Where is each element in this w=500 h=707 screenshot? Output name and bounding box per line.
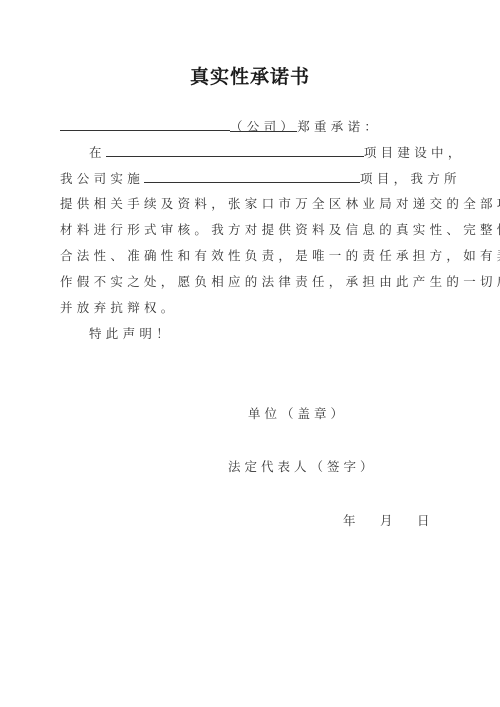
project-construction-label: 项目建设中， <box>364 145 465 160</box>
implement-project-blank <box>144 170 360 183</box>
company-label: （公司） <box>230 119 297 132</box>
in-label: 在 <box>89 145 106 160</box>
body-line: 提供相关手续及资料，张家口市万全区林业局对递交的全部项目 <box>60 196 500 212</box>
legal-rep-sign-label: 法定代表人（签字） <box>228 457 377 475</box>
company-blank <box>60 118 230 131</box>
line-company: （公司）郑重承诺： <box>60 118 381 135</box>
project-name-blank <box>106 144 364 157</box>
date-label: 年 月 日 <box>343 511 436 529</box>
body-line: 并放弃抗辩权。 <box>60 300 178 316</box>
closing-statement: 特此声明！ <box>89 326 173 342</box>
body-line: 合法性、准确性和有效性负责，是唯一的责任承担方，如有弄虚 <box>60 248 500 264</box>
line-project-implement: 我公司实施项目，我方所 <box>60 170 461 187</box>
pledge-text: 郑重承诺： <box>297 119 381 134</box>
unit-seal-label: 单位（盖章） <box>248 404 347 422</box>
line-project-location: 在项目建设中， <box>89 144 465 161</box>
project-we-label: 项目，我方所 <box>360 171 461 186</box>
body-line: 作假不实之处，愿负相应的法律责任，承担由此产生的一切后果， <box>60 274 500 290</box>
implement-label: 我公司实施 <box>60 171 144 186</box>
body-line: 材料进行形式审核。我方对提供资料及信息的真实性、完整性、 <box>60 222 500 238</box>
document-title: 真实性承诺书 <box>0 62 500 89</box>
